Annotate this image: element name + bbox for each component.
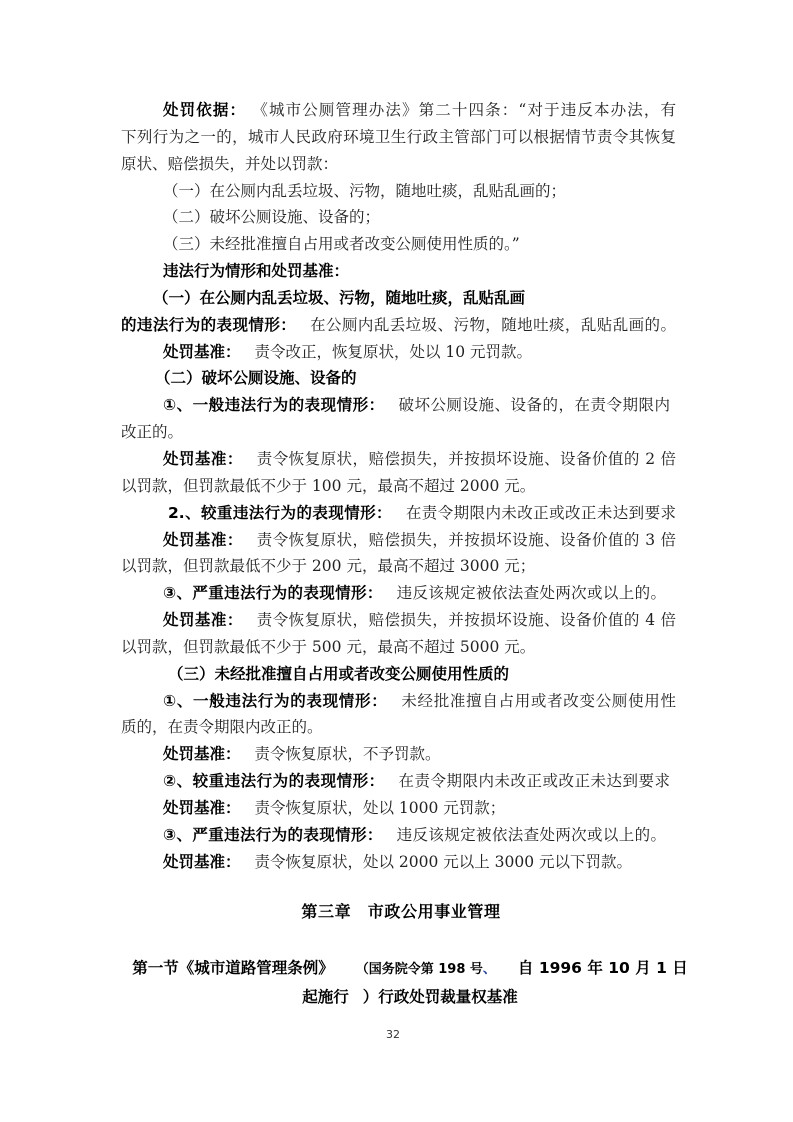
paragraph-line: 处罚基准：责令恢复原状，处以 1000 元罚款； (121, 795, 676, 822)
penalty-standard-label: 处罚基准： (163, 450, 243, 468)
paragraph-line: 处罚基准：责令恢复原状，赔偿损失，并按损坏设施、设备价值的 4 倍处 (121, 607, 676, 634)
penalty-standard-text: 责令改正，恢复原状，处以 10 元罚款。 (254, 343, 532, 361)
line-text: 以罚款，但罚款最低不少于 500 元，最高不超过 5000 元。 (121, 638, 535, 656)
situation-label: 2.、较重违法行为的表现情形： (168, 504, 392, 522)
penalty-standard-text: 责令恢复原状，不予罚款。 (254, 745, 440, 763)
line-text: 以罚款，但罚款最低不少于 200 元，最高不超过 3000 元； (121, 557, 535, 575)
section-heading-text: （一）在公厕内乱丢垃圾、污物，随地吐痰，乱贴乱画 (153, 289, 525, 307)
section-title-line-2: 起施行）行政处罚裁量权基准 (0, 984, 793, 1010)
line-text: 以罚款，但罚款最低不少于 100 元，最高不超过 2000 元。 (121, 477, 535, 495)
document-page: 处罚依据：《城市公厕管理办法》第二十四条：“对于违反本办法，有 下列行为之一的，… (0, 0, 793, 1122)
line-text: 质的，在责令期限内改正的。 (121, 718, 323, 736)
section-heading: （一）在公厕内乱丢垃圾、污物，随地吐痰，乱贴乱画 (121, 285, 676, 312)
section-heading: （三）未经批准擅自占用或者改变公厕使用性质的 (121, 661, 676, 688)
document-body: 处罚依据：《城市公厕管理办法》第二十四条：“对于违反本办法，有 下列行为之一的，… (121, 97, 676, 875)
penalty-standard-label: 处罚基准： (163, 745, 241, 763)
paragraph-line: ①、一般违法行为的表现情形：未经批准擅自占用或者改变公厕使用性 (121, 688, 676, 715)
line-text: 原状、赔偿损失，并处以罚款： (121, 155, 338, 173)
penalty-standard-label: 处罚基准： (163, 611, 243, 629)
situation-text: 未经批准擅自占用或者改变公厕使用性 (401, 692, 676, 710)
situation-label: ①、一般违法行为的表现情形： (163, 692, 387, 710)
paragraph-line: ①、一般违法行为的表现情形：破坏公厕设施、设备的，在责令期限内 (121, 392, 676, 419)
page-number: 32 (0, 1028, 786, 1041)
line-text: （三）未经批准擅自占用或者改变公厕使用性质的。” (163, 235, 520, 253)
penalty-standard-text: 责令恢复原状，处以 2000 元以上 3000 元以下罚款。 (254, 853, 632, 871)
clause-item: （二）破坏公厕设施、设备的； (121, 204, 676, 231)
section-title-subject: ）行政处罚裁量权基准 (363, 988, 518, 1006)
situation-label: ③、严重违法行为的表现情形： (163, 826, 383, 844)
penalty-standard-label: 处罚基准： (163, 343, 241, 361)
penalty-standard-text: 责令恢复原状，处以 1000 元罚款； (254, 799, 505, 817)
situation-label: 的违法行为的表现情形： (121, 316, 296, 334)
paragraph-line: 处罚基准：责令恢复原状，赔偿损失，并按损坏设施、设备价值的 3 倍处 (121, 527, 676, 554)
penalty-basis-text: 《城市公厕管理办法》第二十四条：“对于违反本办法，有 (260, 101, 676, 119)
paragraph-line: 质的，在责令期限内改正的。 (121, 714, 676, 741)
paragraph-line: 改正的。 (121, 419, 676, 446)
line-text: （二）破坏公厕设施、设备的； (163, 208, 380, 226)
penalty-standard-label: 处罚基准： (163, 531, 243, 549)
paragraph-line: 的违法行为的表现情形：在公厕内乱丢垃圾、污物，随地吐痰，乱贴乱画的。 (121, 312, 676, 339)
line-text: （一）在公厕内乱丢垃圾、污物，随地吐痰，乱贴乱画的； (163, 182, 566, 200)
section-heading-text: （二）破坏公厕设施、设备的 (155, 369, 357, 387)
paragraph-line: 处罚基准：责令恢复原状，不予罚款。 (121, 741, 676, 768)
section-title-line-1: 第一节《城市道路管理条例》（国务院令第 198 号、自 1996 年 10 月 … (0, 955, 793, 983)
penalty-standard-label: 处罚基准： (163, 853, 241, 871)
paragraph-line: 处罚基准：责令恢复原状，处以 2000 元以上 3000 元以下罚款。 (121, 849, 676, 876)
paragraph-line: 处罚基准：责令恢复原状，赔偿损失，并按损坏设施、设备价值的 2 倍处 (121, 446, 676, 473)
section-title-effective-date: 自 1996 年 10 月 1 日 (518, 959, 688, 977)
paragraph-line: 以罚款，但罚款最低不少于 100 元，最高不超过 2000 元。 (121, 473, 676, 500)
subheading: 违法行为情形和处罚基准： (121, 258, 676, 285)
situation-text: 破坏公厕设施、设备的，在责令期限内 (399, 396, 670, 414)
section-heading-text: （三）未经批准擅自占用或者改变公厕使用性质的 (168, 665, 509, 683)
situation-text: 违反该规定被依法查处两次或以上的。 (397, 826, 666, 844)
paragraph-line: 处罚依据：《城市公厕管理办法》第二十四条：“对于违反本办法，有 (121, 97, 676, 124)
paragraph-line: 处罚基准：责令改正，恢复原状，处以 10 元罚款。 (121, 339, 676, 366)
situation-label: ②、较重违法行为的表现情形： (163, 772, 385, 790)
situation-label: ①、一般违法行为的表现情形： (163, 396, 385, 414)
section-heading: （二）破坏公厕设施、设备的 (121, 365, 676, 392)
paragraph-line: 2.、较重违法行为的表现情形：在责令期限内未改正或改正未达到要求的。 (121, 500, 676, 527)
chapter-heading: 第三章 市政公用事业管理 (0, 899, 793, 925)
paragraph-line: ②、较重违法行为的表现情形：在责令期限内未改正或改正未达到要求的 (121, 768, 676, 795)
clause-item: （三）未经批准擅自占用或者改变公厕使用性质的。” (121, 231, 676, 258)
paragraph-line: ③、严重违法行为的表现情形：违反该规定被依法查处两次或以上的。 (121, 822, 676, 849)
penalty-standard-label: 处罚基准： (163, 799, 241, 817)
clause-item: （一）在公厕内乱丢垃圾、污物，随地吐痰，乱贴乱画的； (121, 178, 676, 205)
section-title-decree: （国务院令第 198 号 (356, 962, 483, 977)
section-title-effective: 起施行 (302, 988, 349, 1006)
subheading-text: 违法行为情形和处罚基准： (163, 262, 349, 280)
paragraph-line: ③、严重违法行为的表现情形：违反该规定被依法查处两次或以上的。 (121, 580, 676, 607)
paragraph-line: 下列行为之一的，城市人民政府环境卫生行政主管部门可以根据情节责令其恢复 (121, 124, 676, 151)
line-text: 改正的。 (121, 423, 183, 441)
line-text: 下列行为之一的，城市人民政府环境卫生行政主管部门可以根据情节责令其恢复 (121, 128, 676, 146)
situation-label: ③、严重违法行为的表现情形： (163, 584, 383, 602)
paragraph-line: 以罚款，但罚款最低不少于 200 元，最高不超过 3000 元； (121, 553, 676, 580)
situation-text: 在公厕内乱丢垃圾、污物，随地吐痰，乱贴乱画的。 (310, 316, 676, 334)
situation-text: 违反该规定被依法查处两次或以上的。 (397, 584, 666, 602)
paragraph-line: 原状、赔偿损失，并处以罚款： (121, 151, 676, 178)
paragraph-line: 以罚款，但罚款最低不少于 500 元，最高不超过 5000 元。 (121, 634, 676, 661)
penalty-basis-label: 处罚依据： (163, 101, 246, 119)
section-title-separator: 、 (483, 962, 496, 977)
section-title-main: 第一节《城市道路管理条例》 (132, 959, 334, 977)
